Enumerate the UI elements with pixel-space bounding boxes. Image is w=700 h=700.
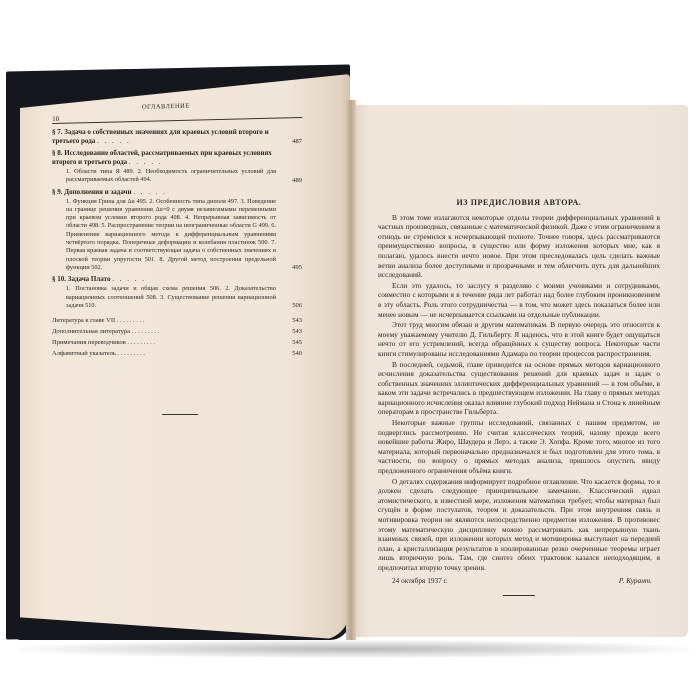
toc-page-number: 540: [292, 349, 302, 358]
preface-date: 24 октября 1937 г.: [378, 576, 448, 586]
toc-page-number: 489: [292, 176, 302, 185]
toc-list: § 7. Задача о собственных значениях для …: [52, 128, 302, 310]
preface-paragraph: Если это удалось, то заслугу я разделяю …: [378, 281, 660, 319]
toc-entry: § 7. Задача о собственных значениях для …: [52, 128, 302, 146]
toc-entry-title: Литература к главе VII: [52, 317, 115, 324]
signature-line: 24 октября 1937 г. Р. Курант.: [378, 576, 660, 586]
leader-dots: . . . . . . . . .: [117, 317, 145, 324]
leader-dots: . . . . . . . . .: [117, 350, 145, 357]
leader-dots: . . . . . . . . .: [127, 339, 155, 346]
leader-dots: . . . . .: [112, 275, 146, 283]
leader-dots: . . . . . . . . .: [132, 328, 160, 335]
book-shadow: [20, 640, 690, 658]
toc-page-number: 495: [292, 263, 302, 272]
preface-paragraph: В последней, седьмой, главе приводится н…: [378, 360, 660, 418]
toc-entry: § 9. Дополнения и задачи . . . . .4951. …: [52, 188, 302, 273]
toc-page-number: 545: [292, 338, 302, 347]
preface-body: В этом томе излагаются некоторые отделы …: [378, 213, 660, 573]
toc-page-number: 487: [292, 137, 302, 146]
toc-entry-title: § 10. Задача Плато: [52, 275, 110, 283]
toc-page-number: 506: [292, 301, 302, 310]
toc-entry-title: § 7. Задача о собственных значениях для …: [52, 128, 269, 145]
table-of-contents: 10 ОГЛАВЛЕНИЕ § 7. Задача о собственных …: [52, 100, 302, 415]
preface-paragraph: Этот труд многим обязан и другим математ…: [378, 320, 660, 358]
toc-entry: Примечания переводчиков . . . . . . . . …: [52, 338, 302, 347]
preface: ИЗ ПРЕДИСЛОВИЯ АВТОРА. В этом томе излаг…: [378, 198, 660, 596]
toc-entry: Алфавитный указатель . . . . . . . . .54…: [52, 349, 302, 358]
toc-page-number: 543: [292, 327, 302, 336]
toc-tail-list: Литература к главе VII . . . . . . . . .…: [52, 316, 302, 358]
toc-entry-subsections: 1. Постановка задачи и общая схема решен…: [52, 285, 276, 310]
toc-entry: § 8. Исследование областей, рассматривае…: [52, 149, 302, 185]
leader-dots: . . . . .: [133, 188, 167, 196]
toc-entry-title: Дополнительная литература: [52, 328, 130, 335]
toc-entry: Литература к главе VII . . . . . . . . .…: [52, 316, 302, 325]
preface-paragraph: Некоторые важные группы исследований, св…: [378, 418, 660, 476]
header-rule: [52, 117, 302, 124]
preface-paragraph: О деталях содержания информирует подробн…: [378, 477, 660, 573]
leader-dots: . . . . .: [97, 137, 131, 145]
preface-paragraph: В этом томе излагаются некоторые отделы …: [378, 213, 660, 280]
toc-entry-subsections: 1. Функция Грина для Δu 495. 2. Особенно…: [52, 198, 276, 273]
running-head-title: ОГЛАВЛЕНИЕ: [142, 102, 190, 112]
toc-entry: § 10. Задача Плато . . . . .5061. Постан…: [52, 275, 302, 310]
toc-entry-subsections: 1. Области типа Я 489. 2. Необходимость …: [52, 168, 276, 185]
toc-entry-title: § 9. Дополнения и задачи: [52, 188, 132, 196]
end-rule: [162, 414, 198, 415]
preface-heading: ИЗ ПРЕДИСЛОВИЯ АВТОРА.: [378, 198, 660, 208]
toc-entry-title: Алфавитный указатель: [52, 350, 116, 357]
preface-author: Р. Курант.: [619, 576, 660, 586]
end-rule: [503, 595, 535, 596]
book-gutter: [346, 100, 356, 640]
running-header: 10 ОГЛАВЛЕНИЕ: [52, 97, 302, 123]
leader-dots: . . . . .: [129, 158, 163, 166]
toc-entry: Дополнительная литература . . . . . . . …: [52, 327, 302, 336]
toc-entry-title: Примечания переводчиков: [52, 339, 126, 346]
toc-page-number: 543: [292, 316, 302, 325]
